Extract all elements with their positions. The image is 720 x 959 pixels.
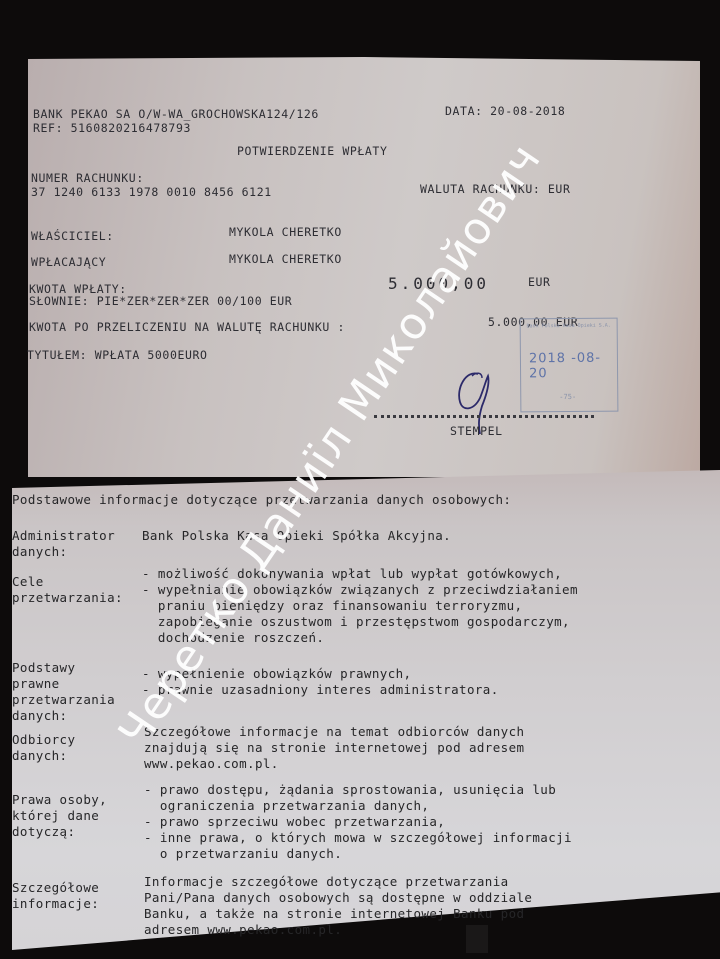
account-label: NUMER RACHUNKU:	[31, 171, 144, 185]
payer-label: WPŁACAJĄCY	[31, 255, 106, 269]
owner-value: MYKOLA CHERETKO	[229, 225, 342, 239]
receipt-title: POTWIERDZENIE WPŁATY	[237, 144, 387, 158]
amount-in-words: SŁOWNIE: PIE*ZER*ZER*ZER 00/100 EUR	[29, 294, 292, 308]
section-text-details: Informacje szczegółowe dotyczące przetwa…	[144, 874, 532, 938]
converted-label: KWOTA PO PRZELICZENIU NA WALUTĘ RACHUNKU…	[29, 320, 345, 334]
amount-currency: EUR	[528, 275, 551, 289]
section-label-rights: Prawa osoby,której danedotyczą:	[12, 792, 107, 840]
bank-stamp: Bank Polska Kasa Opieki S.A. 2018 -08- 2…	[520, 318, 619, 413]
receipt-date: DATA: 20-08-2018	[445, 104, 565, 118]
section-text-recipients: Szczegółowe informacje na temat odbiorcó…	[144, 724, 524, 772]
stamp-date: 2018 -08- 20	[529, 351, 617, 382]
section-label-administrator: Administratordanych:	[12, 528, 115, 560]
payer-value: MYKOLA CHERETKO	[229, 252, 342, 266]
bank-branch: BANK PEKAO SA O/W-WA_GROCHOWSKA124/126	[33, 107, 319, 121]
account-number: 37 1240 6133 1978 0010 8456 6121	[31, 185, 272, 199]
section-label-purposes: Celeprzetwarzania:	[12, 574, 123, 606]
section-label-details: Szczegółoweinformacje:	[12, 880, 99, 912]
stamp-number: -75-	[559, 393, 576, 401]
stamp-label: STEMPEL	[450, 424, 503, 438]
signature-line	[374, 415, 594, 418]
stamp-header: Bank Polska Kasa Opieki S.A.	[525, 323, 613, 331]
owner-label: WŁAŚCICIEL:	[31, 229, 114, 243]
section-text-rights: - prawo dostępu, żądania sprostowania, u…	[144, 782, 572, 862]
payment-title: TYTUŁEM: WPŁATA 5000EURO	[27, 348, 208, 362]
section-label-recipients: Odbiorcydanych:	[12, 732, 75, 764]
section-label-legal-basis: Podstawyprawneprzetwarzaniadanych:	[12, 660, 115, 724]
reference-number: REF: 5160820216478793	[33, 121, 191, 135]
